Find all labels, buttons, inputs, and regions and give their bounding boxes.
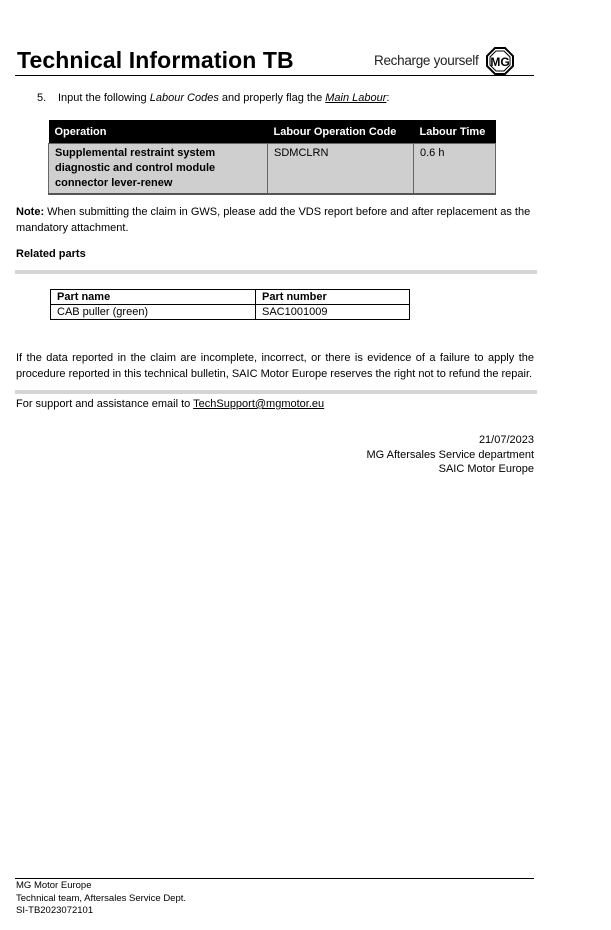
section-divider	[15, 270, 537, 274]
note-label: Note:	[16, 206, 44, 218]
labour-codes-table: Operation Labour Operation Code Labour T…	[48, 120, 496, 195]
disclaimer-paragraph: If the data reported in the claim are in…	[16, 350, 534, 382]
main-labour-term: Main Labour	[325, 92, 386, 104]
operation-code-cell: SDMCLRN	[268, 144, 414, 195]
table-header-row: Part name Part number	[51, 290, 410, 305]
footer-doc-id: SI-TB2023072101	[16, 905, 186, 918]
table-header-row: Operation Labour Operation Code Labour T…	[49, 120, 496, 144]
step-number: 5.	[37, 92, 58, 104]
related-parts-table: Part name Part number CAB puller (green)…	[50, 289, 410, 320]
table-row: Supplemental restraint system diagnostic…	[49, 144, 496, 195]
signature-date: 21/07/2023	[366, 433, 534, 448]
support-line: For support and assistance email to Tech…	[16, 398, 324, 410]
part-name-cell: CAB puller (green)	[51, 305, 256, 320]
column-header: Labour Time	[414, 120, 496, 144]
header-divider	[15, 75, 534, 76]
labour-time-cell: 0.6 h	[414, 144, 496, 195]
signature-department: MG Aftersales Service department	[366, 448, 534, 463]
page-title: Technical Information TB	[17, 47, 294, 74]
footer-divider	[15, 878, 534, 879]
labour-codes-term: Labour Codes	[150, 92, 219, 104]
related-parts-heading: Related parts	[16, 248, 86, 260]
column-header: Part number	[256, 290, 410, 305]
table-row: CAB puller (green) SAC1001009	[51, 305, 410, 320]
section-divider	[15, 390, 537, 394]
column-header: Operation	[49, 120, 268, 144]
mg-logo-icon: MG	[486, 47, 514, 75]
note-paragraph: Note: When submitting the claim in GWS, …	[16, 205, 536, 236]
svg-text:MG: MG	[490, 55, 509, 69]
support-email-link[interactable]: TechSupport@mgmotor.eu	[193, 398, 324, 410]
footer-company: MG Motor Europe	[16, 880, 186, 893]
signature-company: SAIC Motor Europe	[366, 462, 534, 477]
operation-cell: Supplemental restraint system diagnostic…	[49, 144, 268, 195]
step-instruction: 5.Input the following Labour Codes and p…	[37, 92, 389, 104]
column-header: Part name	[51, 290, 256, 305]
page-footer: MG Motor Europe Technical team, Aftersal…	[16, 880, 186, 918]
part-number-cell: SAC1001009	[256, 305, 410, 320]
signature-block: 21/07/2023 MG Aftersales Service departm…	[366, 433, 534, 477]
footer-team: Technical team, Aftersales Service Dept.	[16, 893, 186, 906]
column-header: Labour Operation Code	[268, 120, 414, 144]
brand-tagline: Recharge yourself	[374, 53, 478, 68]
